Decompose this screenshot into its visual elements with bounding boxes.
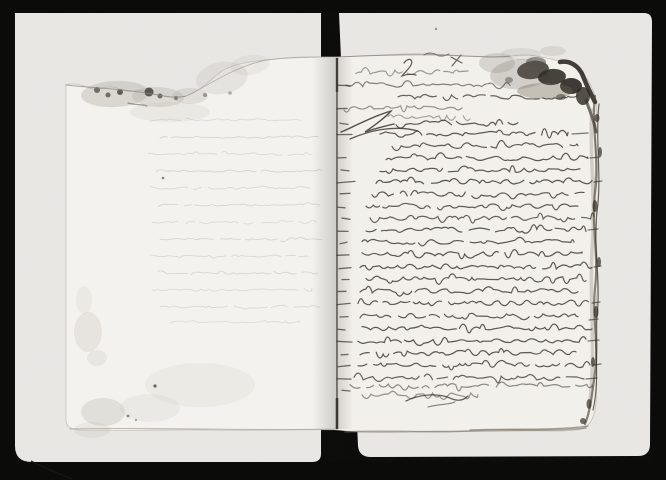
scan-canvas	[0, 0, 666, 480]
scanned-document-photograph	[0, 0, 666, 480]
paper-grain-texture	[15, 13, 652, 462]
